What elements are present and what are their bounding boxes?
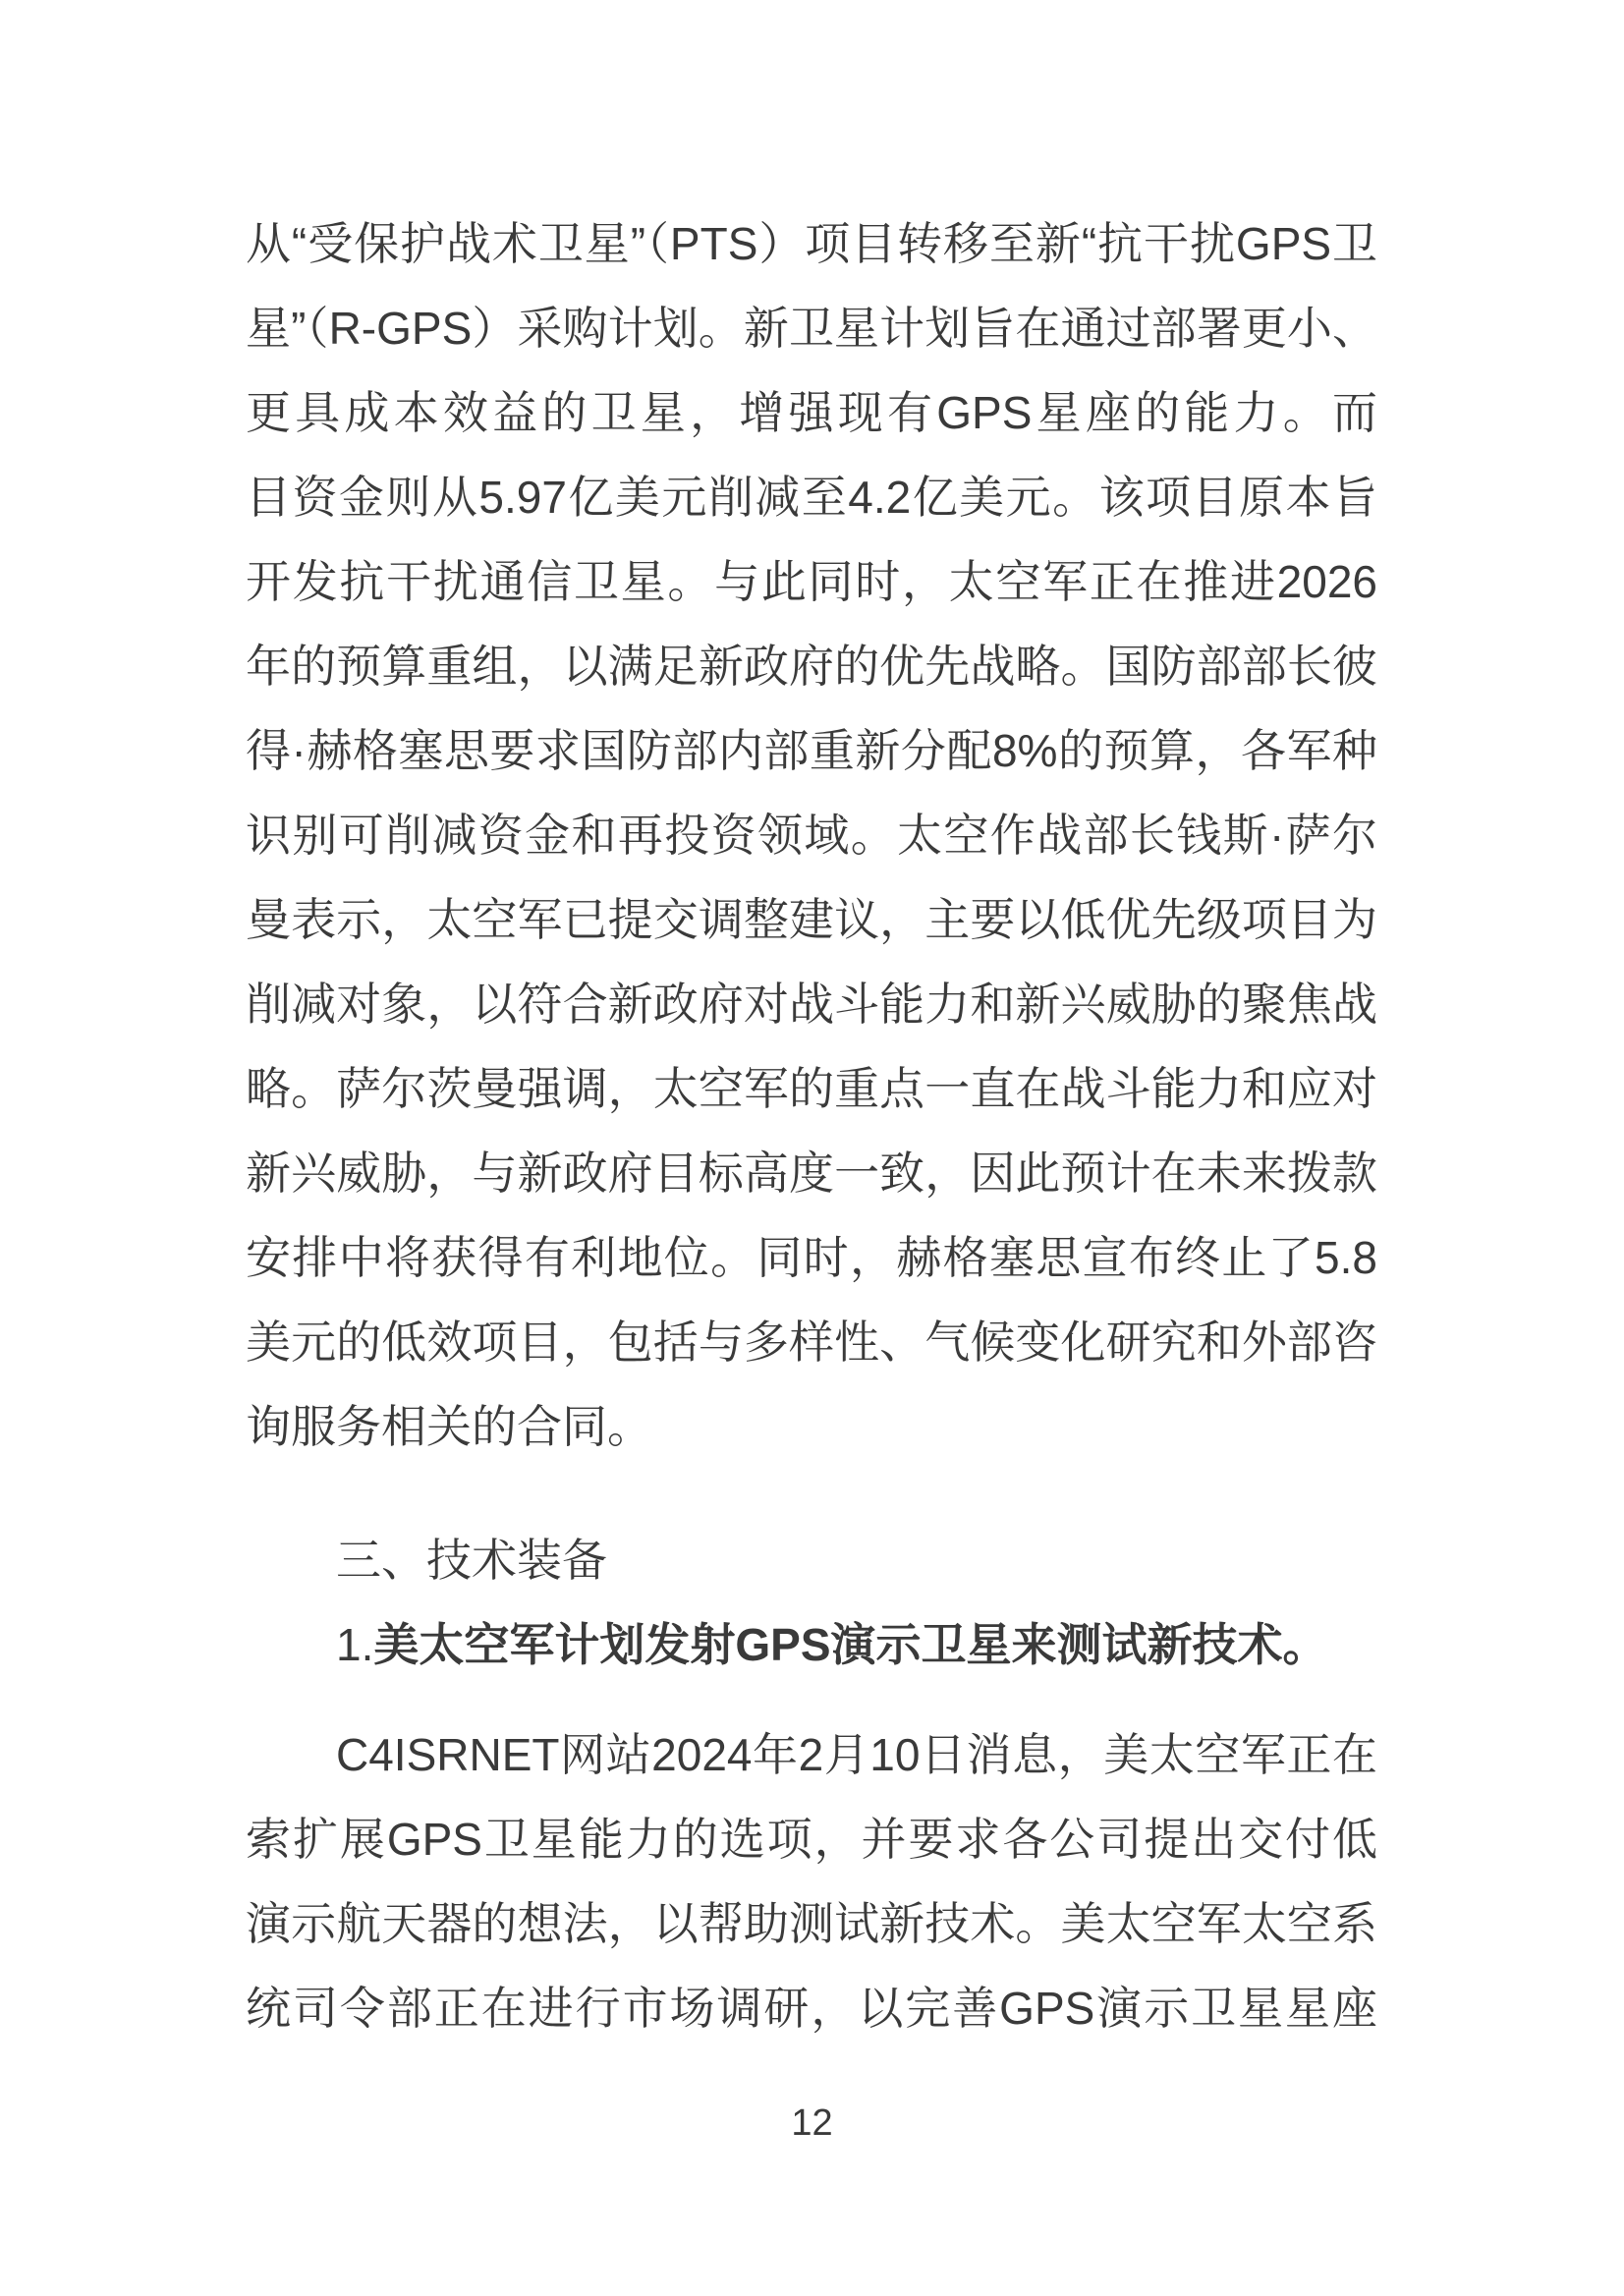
paragraph-1: 从“受保护战术卫星”（PTS）项目转移至新“抗干扰GPS卫 星”（R-GPS）采… — [246, 201, 1377, 1469]
paragraph-line: 得·赫格塞思要求国防部内部重新分配8%的预算，各军种需 — [246, 708, 1377, 793]
paragraph-line: 新兴威胁，与新政府目标高度一致，因此预计在未来拨款 — [246, 1131, 1377, 1215]
subsection-title: 美太空军计划发射GPS演示卫星来测试新技术。 — [373, 1619, 1327, 1670]
paragraph-line: 美元的低效项目，包括与多样性、气候变化研究和外部咨 — [246, 1300, 1377, 1384]
paragraph-line: 安排中将获得有利地位。同时，赫格塞思宣布终止了5.8亿 — [246, 1215, 1377, 1300]
page-number: 12 — [0, 2100, 1624, 2146]
section-heading: 三、技术装备 — [246, 1518, 1377, 1602]
paragraph-line: 曼表示，太空军已提交调整建议，主要以低优先级项目为 — [246, 877, 1377, 962]
paragraph-2: C4ISRNET网站2024年2月10日消息，美太空军正在探 索扩展GPS卫星能… — [246, 1712, 1377, 2050]
paragraph-line: 略。萨尔茨曼强调，太空军的重点一直在战斗能力和应对 — [246, 1046, 1377, 1131]
paragraph-line: 削减对象，以符合新政府对战斗能力和新兴威胁的聚焦战 — [246, 962, 1377, 1046]
paragraph-line: 更具成本效益的卫星，增强现有GPS星座的能力。而PTS项 — [246, 370, 1377, 455]
paragraph-line: 识别可削减资金和再投资领域。太空作战部长钱斯·萨尔茨 — [246, 793, 1377, 877]
paragraph-line: 年的预算重组，以满足新政府的优先战略。国防部部长彼 — [246, 624, 1377, 708]
text-block: 从“受保护战术卫星”（PTS）项目转移至新“抗干扰GPS卫 星”（R-GPS）采… — [246, 201, 1377, 2050]
paragraph-line: 目资金则从5.97亿美元削减至4.2亿美元。该项目原本旨在 — [246, 455, 1377, 539]
paragraph-line: 星”（R-GPS）采购计划。新卫星计划旨在通过部署更小、 — [246, 286, 1377, 370]
subsection-number: 1. — [336, 1619, 373, 1670]
paragraph-line: 统司令部正在进行市场调研，以完善GPS演示卫星星座的概 — [246, 1966, 1377, 2050]
document-page: 从“受保护战术卫星”（PTS）项目转移至新“抗干扰GPS卫 星”（R-GPS）采… — [0, 0, 1624, 2296]
subsection-heading: 1.美太空军计划发射GPS演示卫星来测试新技术。 — [246, 1602, 1377, 1687]
paragraph-line: 索扩展GPS卫星能力的选项，并要求各公司提出交付低成本 — [246, 1797, 1377, 1881]
paragraph-line: 演示航天器的想法，以帮助测试新技术。美太空军太空系 — [246, 1881, 1377, 1966]
paragraph-line: 询服务相关的合同。 — [246, 1384, 1377, 1469]
paragraph-line: 开发抗干扰通信卫星。与此同时，太空军正在推进2026财 — [246, 539, 1377, 624]
paragraph-line: C4ISRNET网站2024年2月10日消息，美太空军正在探 — [246, 1712, 1377, 1797]
paragraph-line: 从“受保护战术卫星”（PTS）项目转移至新“抗干扰GPS卫 — [246, 201, 1377, 286]
